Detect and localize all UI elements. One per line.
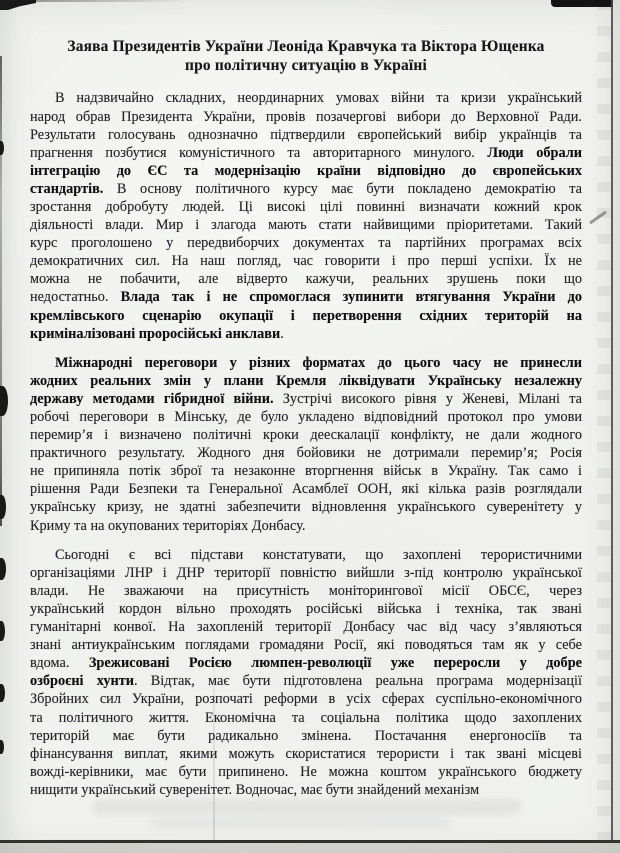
text-segment: Результати голосувань однозначно підтвер… [30, 127, 582, 143]
bold-text-segment: жодних реальних змін у плани Кремля лікв… [30, 373, 582, 389]
text-line: стандартів. В основу політичного курсу м… [30, 180, 582, 198]
text-line: фінансування виплат, якими можуть скорис… [30, 745, 582, 763]
scan-artifact-top-right-bar [551, 0, 620, 7]
text-segment: знані антиукраїнським поглядами громадян… [30, 637, 582, 653]
text-segment: нищити український суверенітет. Водночас… [30, 782, 479, 798]
scan-artifact-left-paper-edge [0, 56, 2, 526]
paragraph: Міжнародні переговори у різних форматах … [30, 354, 582, 535]
text-line: недостатньо. Влада так і не спромоглася … [30, 288, 582, 306]
scan-artifact-scanner-bed-strip [0, 843, 620, 853]
text-line: організаціями ЛНР і ДНР території повніс… [30, 564, 582, 582]
text-line: влади. Не зважаючи на присутність моніто… [30, 582, 582, 600]
text-segment: українську кризу, не здатні забезпечити … [30, 499, 582, 515]
text-line: не припиняла потік зброї та незаконне вт… [30, 462, 582, 480]
text-segment: діяльності влади. Мир і злагода мають ст… [30, 217, 582, 233]
bold-text-segment: озброєні хунти [30, 673, 134, 689]
text-segment: Збройних сил України, розпочаті реформи … [30, 691, 582, 707]
text-segment: демократичних сил. На наш погляд, час го… [30, 253, 582, 269]
text-segment: . [280, 326, 284, 342]
text-line: робочі переговори в Мінську, де було укл… [30, 408, 582, 426]
text-segment: В основу політичного курсу має бути покл… [103, 181, 582, 197]
scan-artifact-left-edge-blob [0, 621, 5, 641]
text-segment: не припиняла потік зброї та незаконне вт… [30, 463, 582, 479]
text-line: криміналізовані проросійські анклави. [30, 325, 582, 343]
scan-artifact-bottom-paper-edge [0, 840, 620, 843]
text-line: нищити український суверенітет. Водночас… [30, 781, 582, 799]
text-segment: . Відтак, має бути підготовлена реальна … [134, 673, 582, 689]
document-body: В надзвичайно складних, неординарних умо… [30, 89, 582, 799]
document-title-line: про політичну ситуацію в Україні [30, 56, 582, 75]
scan-artifact-right-paper-edge [611, 0, 613, 842]
scan-artifact-top-edge-shadow [0, 0, 190, 2]
bold-text-segment: державу методами гібридної війни. [30, 391, 274, 407]
text-line: озброєні хунти. Відтак, має бути підгото… [30, 672, 582, 690]
bold-text-segment: Влада так і не спромоглася зупинити втяг… [121, 289, 582, 305]
text-line: народ обрав Президента України, провів п… [30, 108, 582, 126]
text-line: можна не побачити, але відверто кажучи, … [30, 270, 582, 288]
scan-artifact-left-edge-blob [0, 386, 8, 416]
text-line: вожді-керівники, має бути припинено. Не … [30, 763, 582, 781]
scan-artifact-right-edge-texture [597, 0, 611, 842]
text-line: діяльності влади. Мир і злагода мають ст… [30, 216, 582, 234]
text-segment: перемир’я і визначено політичні кроки де… [30, 427, 582, 443]
bold-text-segment: Люди обрали [487, 145, 582, 161]
text-line: Результати голосувань однозначно підтвер… [30, 126, 582, 144]
text-line: перемир’я і визначено політичні кроки де… [30, 426, 582, 444]
text-segment: Зустрічі високого рівня у Женеві, Мілані… [274, 391, 582, 407]
text-line: практичного результату. Жодного дня бойо… [30, 444, 582, 462]
document-title: Заява Президентів України Леоніда Кравчу… [30, 37, 582, 75]
text-segment: В надзвичайно складних, неординарних умо… [55, 90, 582, 106]
document-title-line: Заява Президентів України Леоніда Кравчу… [30, 37, 582, 56]
scan-artifact-top-left-mark [0, 0, 36, 10]
text-line: курс проголошено у передвиборчих докумен… [30, 234, 582, 252]
text-segment: курс проголошено у передвиборчих докумен… [30, 235, 582, 251]
text-segment: зростання добробуту людей. Ці високі ціл… [30, 199, 582, 215]
text-line: український кордон вільно проходять росі… [30, 600, 582, 618]
text-segment: можна не побачити, але відверто кажучи, … [30, 271, 582, 287]
paragraph: Сьогодні є всі підстави констатувати, що… [30, 546, 582, 799]
text-line: зростання добробуту людей. Ці високі ціл… [30, 198, 582, 216]
text-line: Сьогодні є всі підстави констатувати, що… [30, 546, 582, 564]
text-segment: народ обрав Президента України, провів п… [30, 109, 582, 125]
text-line: українську кризу, не здатні забезпечити … [30, 498, 582, 516]
bold-text-segment: криміналізовані проросійські анклави [30, 326, 280, 342]
text-segment: український кордон вільно проходять росі… [30, 601, 582, 617]
text-segment: робочі переговори в Мінську, де було укл… [30, 409, 582, 425]
document-text-block: Заява Президентів України Леоніда Кравчу… [30, 37, 582, 810]
scan-artifact-left-edge-blob [0, 740, 4, 754]
bold-text-segment: Міжнародні переговори у різних форматах … [55, 355, 582, 371]
text-line: жодних реальних змін у плани Кремля лікв… [30, 372, 582, 390]
paragraph: В надзвичайно складних, неординарних умо… [30, 89, 582, 342]
text-line: рішення Ради Безпеки та Генеральної Асам… [30, 480, 582, 498]
text-line: Збройних сил України, розпочаті реформи … [30, 690, 582, 708]
scan-artifact-left-edge-blob [0, 558, 6, 580]
text-segment: та політичного життя. Економічна та соці… [30, 710, 582, 726]
scan-artifact-left-edge-blob [0, 684, 5, 702]
scan-artifact-right-gutter [613, 0, 620, 842]
text-line: вдома. Зрежисовані Росією люмпен-революц… [30, 654, 582, 672]
text-line: кремлівського сценарію окупації і перетв… [30, 307, 582, 325]
text-segment: вожді-керівники, має бути припинено. Не … [30, 764, 582, 780]
bold-text-segment: кремлівського сценарію окупації і перетв… [30, 308, 582, 324]
text-line: В надзвичайно складних, неординарних умо… [30, 89, 582, 107]
text-line: Криму та на окупованих територіях Донбас… [30, 517, 582, 535]
text-segment: територій має бути радикально змінена. П… [30, 728, 582, 744]
text-segment: практичного результату. Жодного дня бойо… [30, 445, 582, 461]
text-segment: прагнення позбутися комуністичного та ав… [30, 145, 487, 161]
text-segment: рішення Ради Безпеки та Генеральної Асам… [30, 481, 582, 497]
scanned-page: Заява Президентів України Леоніда Кравчу… [0, 0, 620, 853]
scan-artifact-left-edge-blob [0, 141, 4, 155]
text-segment: недостатньо. [30, 289, 121, 305]
scan-artifact-fold-mark [589, 211, 607, 225]
text-line: територій має бути радикально змінена. П… [30, 727, 582, 745]
text-line: державу методами гібридної війни. Зустрі… [30, 390, 582, 408]
scan-artifact-ghost-text-smudge [150, 818, 450, 828]
text-segment: Криму та на окупованих територіях Донбас… [30, 518, 305, 534]
scan-artifact-left-edge-blob [0, 495, 6, 519]
text-line: Міжнародні переговори у різних форматах … [30, 354, 582, 372]
bold-text-segment: Зрежисовані Росією люмпен-революції уже … [89, 655, 582, 671]
text-segment: Сьогодні є всі підстави констатувати, що… [55, 547, 582, 563]
bold-text-segment: стандартів. [30, 181, 103, 197]
text-segment: організаціями ЛНР і ДНР території повніс… [30, 565, 582, 581]
text-line: та політичного життя. Економічна та соці… [30, 709, 582, 727]
text-line: демократичних сил. На наш погляд, час го… [30, 252, 582, 270]
text-segment: влади. Не зважаючи на присутність моніто… [30, 583, 582, 599]
text-line: інтеграцію до ЄС та модернізацію країни … [30, 162, 582, 180]
text-segment: вдома. [30, 655, 89, 671]
bold-text-segment: інтеграцію до ЄС та модернізацію країни … [30, 163, 582, 179]
text-line: прагнення позбутися комуністичного та ав… [30, 144, 582, 162]
text-line: знані антиукраїнським поглядами громадян… [30, 636, 582, 654]
text-segment: фінансування виплат, якими можуть скорис… [30, 746, 582, 762]
text-line: гуманітарні конвої. На захопленій терито… [30, 618, 582, 636]
text-segment: гуманітарні конвої. На захопленій терито… [30, 619, 582, 635]
